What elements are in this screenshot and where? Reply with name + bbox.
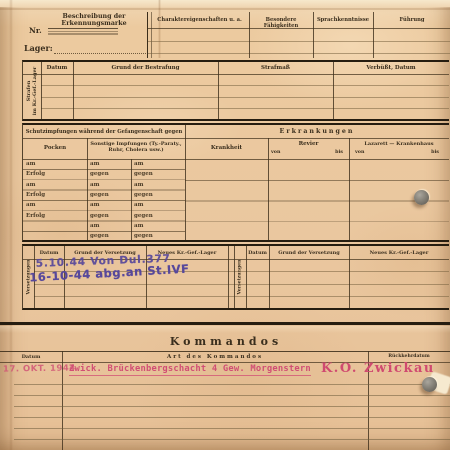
strafen-col-strafmass: Strafmaß xyxy=(218,65,333,71)
column-divider xyxy=(269,246,270,308)
column-divider xyxy=(313,12,314,58)
nr-ruled-lines xyxy=(48,28,118,36)
column-divider xyxy=(41,62,42,119)
vacc-row-label: am xyxy=(134,202,143,208)
strafen-col-datum: Datum xyxy=(41,65,73,71)
vacc-row-label: am xyxy=(90,202,99,208)
column-divider xyxy=(131,159,132,240)
section-divider-line xyxy=(0,322,450,325)
versetzungen-col-grund-right: Grund der Versetzung xyxy=(269,250,349,256)
versetzungen-side-label-box-right: Versetzungen xyxy=(234,246,246,308)
vacc-row-label: gegen xyxy=(90,233,109,239)
top-paper-edge xyxy=(0,0,450,7)
col-krankheit: Krankheit xyxy=(185,145,268,151)
traits-col-fuehrung: Führung xyxy=(373,17,450,23)
vacc-row-label: am xyxy=(26,202,35,208)
vacc-row-label: am xyxy=(90,182,99,188)
rivet-hole-bottom xyxy=(422,377,437,392)
row-line xyxy=(41,108,449,109)
versetzungen-col-datum-right: Datum xyxy=(246,250,269,256)
strafen-col-grund: Grund der Bestrafung xyxy=(73,65,218,71)
rivet-hole-top xyxy=(414,190,429,205)
strafen-side-label-box: Strafen im Kr.-Gef.-Lager xyxy=(23,62,41,119)
row-line xyxy=(34,284,449,285)
erkrankungen-title: Erkrankungen xyxy=(185,128,449,135)
vacc-row-label: Erfolg xyxy=(26,171,45,177)
traits-col-charakter: Charaktereigenschaften u. a. xyxy=(152,17,247,23)
vacc-row-label: am xyxy=(26,182,35,188)
vacc-row-label: gegen xyxy=(134,233,153,239)
col-sonstige: Sonstige Impfungen (Ty.-Paraty., Ruhr, C… xyxy=(89,141,183,155)
kommandos-table-top-line xyxy=(0,351,450,352)
nr-label: Nr. xyxy=(29,26,45,35)
column-divider xyxy=(228,246,229,308)
lazarett-von: von xyxy=(355,149,375,155)
column-divider xyxy=(246,246,247,308)
left-crease xyxy=(9,0,13,450)
impfungen-row-lines xyxy=(23,169,185,233)
fold-highlight xyxy=(0,326,450,333)
row-line xyxy=(148,41,450,42)
column-divider xyxy=(333,62,334,119)
header-underline xyxy=(23,74,449,75)
column-divider xyxy=(268,138,269,240)
kommandos-col-art: Art des Kommandos xyxy=(62,354,368,360)
revier-von: von xyxy=(271,149,291,155)
vacc-row-label: gegen xyxy=(90,171,109,177)
row-line xyxy=(41,97,449,98)
erkrankungen-row-lines xyxy=(185,180,449,224)
column-divider xyxy=(373,12,374,58)
column-divider xyxy=(349,246,350,308)
vacc-row-label: am xyxy=(90,161,99,167)
col-pocken: Pocken xyxy=(23,145,87,151)
header-underline xyxy=(148,28,450,29)
vacc-row-label: gegen xyxy=(134,171,153,177)
vacc-row-label: gegen xyxy=(90,192,109,198)
vacc-row-label: Erfolg xyxy=(26,192,45,198)
kommandos-row-lines xyxy=(14,384,450,446)
row-line xyxy=(148,53,450,54)
pow-record-card: Beschreibung der Erkennungsmarke Nr. Lag… xyxy=(0,0,450,450)
vacc-row-label: gegen xyxy=(134,192,153,198)
kommandos-col-datum: Datum xyxy=(0,354,62,360)
kommandos-col-rueckkehr: Rückkehrdatum xyxy=(368,354,450,359)
column-divider xyxy=(185,125,186,240)
row-line xyxy=(41,85,449,86)
lager-label: Lager: xyxy=(24,43,54,53)
vacc-row-label: am xyxy=(26,161,35,167)
column-divider xyxy=(349,138,350,240)
column-divider xyxy=(249,12,250,58)
impfungen-title: Schutzimpfungen während der Gefangenscha… xyxy=(25,129,183,135)
kommandos-title: Kommandos xyxy=(0,335,450,348)
id-marke-title: Beschreibung der Erkennungsmarke xyxy=(36,13,152,27)
vacc-row-label: am xyxy=(134,182,143,188)
strafen-col-verbuesst: Verbüßt, Datum xyxy=(333,65,449,71)
vacc-row-label: am xyxy=(90,223,99,229)
traits-col-sprachen: Sprachkenntnisse xyxy=(313,17,373,23)
top-crease-line xyxy=(0,8,450,10)
column-divider xyxy=(87,138,88,240)
vacc-row-label: am xyxy=(134,161,143,167)
strafen-table: Strafen im Kr.-Gef.-Lager Datum Grund de… xyxy=(22,60,449,121)
vacc-row-label: gegen xyxy=(90,213,109,219)
versetzungen-col-neues-right: Neues Kr.-Gef.-Lager xyxy=(349,250,449,256)
versetzungen-side-label: Versetzungen xyxy=(238,260,243,295)
kommando-office-stamp: K.O. Zwickau xyxy=(321,361,435,376)
traits-table: Charaktereigenschaften u. a. Besondere F… xyxy=(147,12,450,58)
revier-bis: bis xyxy=(323,149,343,155)
versetzungen-col-datum-left: Datum xyxy=(34,250,64,256)
col-lazarett: Lazarett — Krankenhaus xyxy=(349,141,449,147)
row-line xyxy=(34,296,449,297)
col-revier: Revier xyxy=(268,141,349,147)
kommando-entry-stamp: Zwick. Brückenbergschacht 4 Gew. Morgens… xyxy=(69,364,311,376)
column-divider xyxy=(234,246,235,308)
vacc-row-label: gegen xyxy=(134,213,153,219)
vacc-row-label: am xyxy=(134,223,143,229)
column-divider xyxy=(73,62,74,119)
lazarett-bis: bis xyxy=(419,149,439,155)
lager-dotted-line xyxy=(54,45,146,54)
kommando-date-stamp: 17. OKT. 1944 xyxy=(3,363,76,374)
column-divider xyxy=(218,62,219,119)
vacc-row-label: Erfolg xyxy=(26,213,45,219)
impfungen-erkrankungen-table: Schutzimpfungen während der Gefangenscha… xyxy=(22,123,449,242)
